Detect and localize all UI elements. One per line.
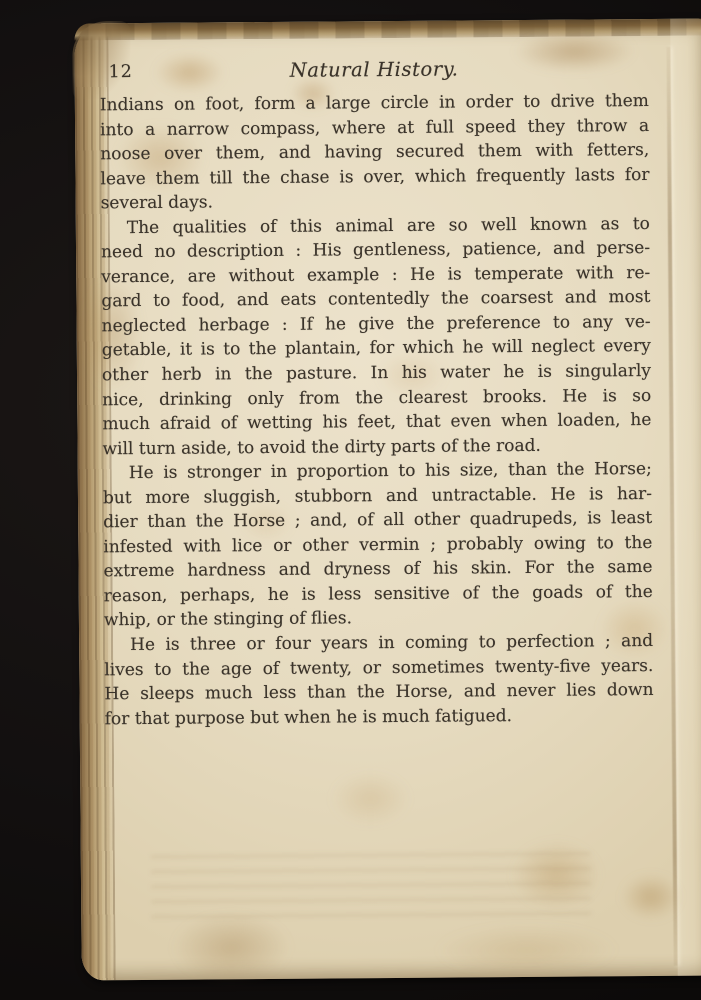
text-line: leave them till the chase is over, which… (100, 163, 649, 192)
foxing-stain (436, 924, 616, 975)
printed-content: 12 Natural History. Indians on foot, for… (100, 56, 654, 732)
foxing-stain (330, 771, 410, 827)
text-line: reason, perhaps, he is less sensitive of… (104, 580, 653, 609)
running-head: Natural History. (100, 56, 649, 85)
text-block: Indians on foot, form a large circle in … (100, 89, 654, 732)
verso-show-through (151, 851, 592, 924)
text-line: much afraid of wetting his feet, that ev… (102, 408, 651, 437)
text-line: for that purpose but when he is much fat… (105, 703, 654, 732)
text-line: He sleeps much less than the Horse, and … (104, 678, 653, 707)
text-line: Indians on foot, form a large circle in … (100, 89, 649, 118)
page-number: 12 (109, 60, 133, 85)
text-line: other herb in the pasture. In his water … (102, 359, 651, 388)
scanned-book-photo: 12 Natural History. Indians on foot, for… (0, 0, 701, 1000)
text-line: He is three or four years in coming to p… (104, 629, 653, 658)
book-page: 12 Natural History. Indians on foot, for… (74, 19, 701, 981)
page-header: 12 Natural History. (100, 56, 649, 86)
page-top-deckle-edge (74, 19, 701, 41)
text-line: noose over them, and having secured them… (100, 138, 649, 167)
